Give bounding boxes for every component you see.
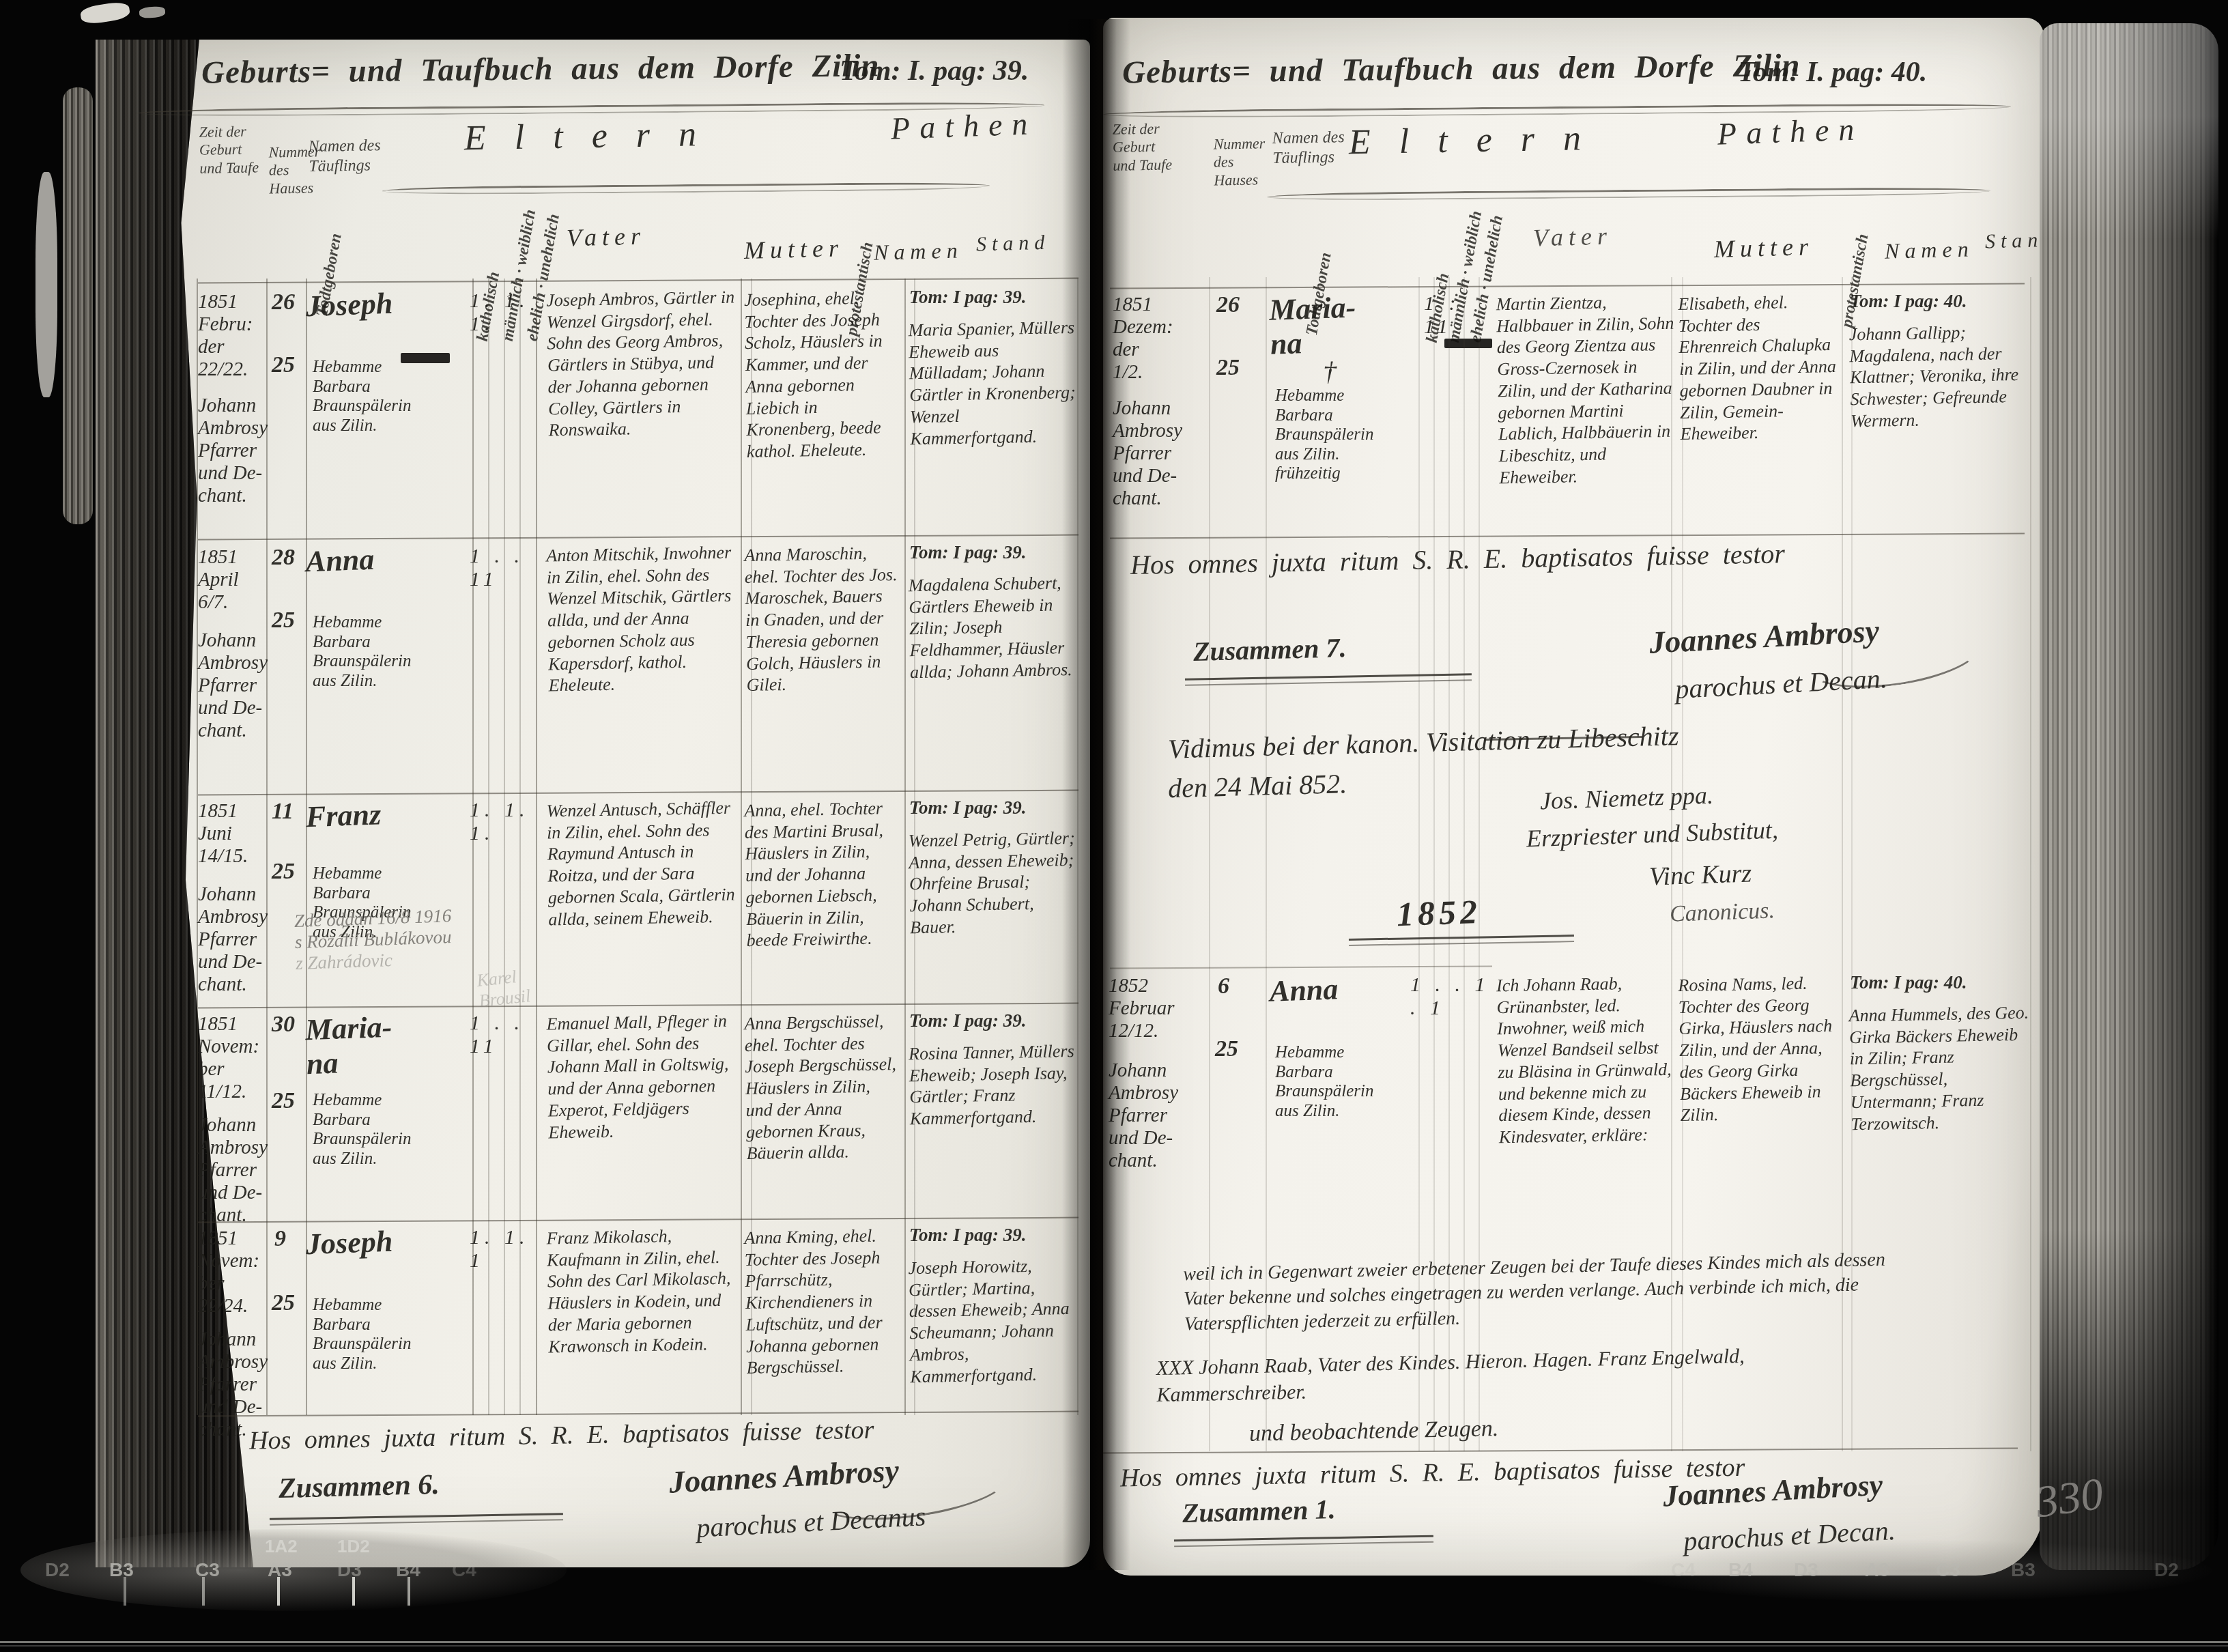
entry-house-number: 25 <box>272 608 295 633</box>
visitation-signature-1: Jos. Niemetz ppa. <box>1539 781 1713 816</box>
ruler-label: B4 <box>396 1559 420 1581</box>
column-header-vater: Vater <box>566 221 646 252</box>
entry-godparents: Joseph Horowitz, Gürtler; Martina, desse… <box>908 1255 1082 1388</box>
entry-tom-ref: Tom: I pag: 40. <box>1850 972 2034 993</box>
paper-edge-blob <box>35 172 57 397</box>
entry-godparents: Rosina Tanner, Müllers Eheweib; Joseph I… <box>909 1040 1082 1130</box>
frame-edge-line <box>0 1645 2228 1647</box>
subheader-rule <box>1267 186 1990 201</box>
ruler-label: A3 <box>268 1559 292 1581</box>
entry-house-number: 25 <box>272 1088 295 1114</box>
page-tom-ref: Tom: I. pag: 39. <box>840 55 1079 87</box>
pencil-faint-name: Karel Brousil <box>476 965 531 1011</box>
entry-godparents: Anna Hummels, des Geo. Girka Bäckers Ehe… <box>1848 1002 2032 1135</box>
entry-child-name: Anna <box>1269 969 1420 1009</box>
header-eltern: Eltern <box>464 114 726 159</box>
entry-midwife: Hebamme Barbara Braunspälerin aus Zilin. <box>313 1296 449 1373</box>
entry-tally-marks: 1 . . 11 <box>470 1012 545 1058</box>
ruler-label: A3 <box>1865 1559 1889 1581</box>
entry-tom-ref: Tom: I pag: 39. <box>909 797 1084 818</box>
entry-priest: Johann Ambrosy Pfarrer und De- chant. <box>198 883 266 996</box>
entry-mother: Anna Kming, ehel. Tochter des Joseph Pfa… <box>744 1225 900 1379</box>
ruler-label: D2 <box>2154 1559 2179 1581</box>
entry-child-name: Joseph <box>305 1222 470 1262</box>
entry-father: Martin Zientza, Halbbauer in Zilin, Sohn… <box>1496 291 1679 489</box>
row-rule <box>1103 1447 2018 1453</box>
entry-mother: Anna Bergschüssel, ehel. Tochter des Jos… <box>744 1010 900 1165</box>
sum-underline <box>270 1513 563 1526</box>
entry-house-number: 25 <box>272 352 295 378</box>
entry-number: 26 <box>1216 292 1240 318</box>
entry-tom-ref: Tom: I pag: 39. <box>909 1225 1084 1246</box>
page-title: Geburts= und Taufbuch aus dem Dorfe Zili… <box>201 46 939 91</box>
column-header-vater: Vater <box>1532 221 1612 252</box>
ruler-tick <box>202 1577 205 1606</box>
ruler-label: D3 <box>337 1559 362 1581</box>
column-header-zeit: Zeit der Geburt und Taufe <box>199 122 264 177</box>
register-entry-row: 1851 Dezem: der 1/2. Johann Ambrosy Pfar… <box>1103 291 2044 534</box>
entry-father-declaration: Ich Johann Raab, Grünanbster, led. Inwoh… <box>1496 972 1678 1148</box>
visitation-signature-4: Canonicus. <box>1669 898 1775 927</box>
header-pathen: Pathen <box>1717 111 1864 152</box>
sum-underline-1852 <box>1174 1535 1433 1548</box>
column-header-pathen-namen: Namen <box>1885 236 1975 264</box>
register-entry-row: 1851 Febru: der 22/22. Johann Ambrosy Pf… <box>96 287 1090 537</box>
entry-tally-marks: 1. 1. 1 <box>470 1226 545 1272</box>
ruler-label: D3 <box>1794 1559 1818 1581</box>
entry-child-name: Joseph <box>305 284 470 324</box>
row-rule <box>198 1217 1079 1223</box>
sum-line-1852: Zusammen 1. <box>1182 1493 1336 1529</box>
year-heading-1852: 1852 <box>1396 892 1482 934</box>
subheader-rule <box>382 182 990 195</box>
declaration-paragraph-2: XXX Johann Raab, Vater des Kindes. Hiero… <box>1156 1340 1880 1408</box>
ruler-label: C4 <box>1671 1559 1696 1581</box>
column-header-pathen-stand: Stand <box>976 231 1051 257</box>
ruler-label: C4 <box>452 1559 476 1581</box>
entry-child-name: Maria- na <box>1268 288 1420 362</box>
entry-date: 1851 Juni 14/15. <box>198 800 266 868</box>
sum-line: Zusammen 6. <box>278 1468 440 1505</box>
latin-attestation-1851: Hos omnes juxta ritum S. R. E. baptisato… <box>1130 535 1916 581</box>
row-rule <box>1110 283 2025 289</box>
register-entry-row: 1851 Novem: ber 22/24. Johann Ambrosy Pf… <box>96 1225 1090 1416</box>
entry-house-number: 25 <box>1216 355 1240 381</box>
entry-death-cross: † <box>1323 355 1337 387</box>
pencil-marriage-note: Zde oddán 16/8 1916 s Rozálií Bublákovou… <box>294 905 453 974</box>
entry-godparents: Maria Spanier, Müllers Eheweib aus Mülla… <box>908 317 1082 450</box>
register-entry-row: 1851 Novem: ber 11/12. Johann Ambrosy Pf… <box>96 1010 1090 1215</box>
entry-mother: Anna, ehel. Tochter des Martini Brusal, … <box>744 797 900 952</box>
entry-tally-marks: 1. 1. 1. <box>470 799 545 845</box>
frame-edge-line <box>0 1641 2228 1643</box>
sum-underline-1851 <box>1185 673 1472 685</box>
entry-number: 11 <box>272 799 294 825</box>
ruler-glow-right <box>1625 1540 2212 1601</box>
entry-child-name: Maria- na <box>304 1008 470 1082</box>
row-rule <box>1110 966 1492 969</box>
entry-tally-marks: 1. 1. 1. <box>470 289 545 336</box>
register-entry-row: 1852 Februar 12/12. Johann Ambrosy Pfarr… <box>1103 972 2044 1259</box>
entry-house-number: 25 <box>272 1290 295 1316</box>
entry-child-name: Franz <box>305 795 470 835</box>
witness-line: und beobachtende Zeugen. <box>1249 1410 1687 1449</box>
entry-tally-marks: 1 . . 11 <box>470 545 545 591</box>
entry-tom-ref: Tom: I pag: 39. <box>909 287 1084 308</box>
entry-number: 9 <box>274 1226 286 1252</box>
page-tom-ref: Tom: I. pag: 40. <box>1738 56 1970 89</box>
ruler-label: 1A2 <box>265 1536 298 1557</box>
entry-mother: Josephina, ehel. Tochter des Joseph Scho… <box>744 287 900 463</box>
row-rule <box>198 1003 1079 1009</box>
page-stack-fore-edge <box>2040 23 2218 1570</box>
entry-midwife: Hebamme Barbara Braunspälerin aus Zilin. <box>313 358 449 436</box>
entry-number: 6 <box>1218 973 1229 999</box>
entry-father: Franz Mikolasch, Kaufmann in Zilin, ehel… <box>546 1225 737 1358</box>
year-heading-underline <box>1349 935 1574 946</box>
entry-father: Joseph Ambros, Gärtler in Wenzel Girgsdo… <box>546 287 737 442</box>
entry-priest: Johann Ambrosy Pfarrer und De- chant. <box>198 1114 266 1227</box>
register-page-right: Geburts= und Taufbuch aus dem Dorfe Zili… <box>1103 18 2044 1576</box>
entry-priest: Johann Ambrosy Pfarrer und De- chant. <box>198 395 266 507</box>
entry-priest: Johann Ambrosy Pfarrer und De- chant. <box>198 1328 266 1441</box>
entry-father: Emanuel Mall, Pfleger in Gillar, ehel. S… <box>546 1010 737 1143</box>
column-header-mutter: Mutter <box>743 233 844 265</box>
entry-godparents: Magdalena Schubert, Gärtlers Eheweib in … <box>909 572 1083 683</box>
column-header-mutter: Mutter <box>1713 232 1814 264</box>
register-entry-row: 1851 April 6/7. Johann Ambrosy Pfarrer u… <box>96 542 1090 788</box>
entry-number: 28 <box>272 545 295 571</box>
entry-date: 1851 Novem: ber 11/12. <box>198 1013 266 1103</box>
entry-mother: Rosina Nams, led. Tochter des Georg Girk… <box>1678 972 1838 1126</box>
entry-priest: Johann Ambrosy Pfarrer und De- chant. <box>198 629 266 742</box>
entry-midwife: Hebamme Barbara Braunspälerin aus Zilin.… <box>1275 386 1405 484</box>
ruler-label: B3 <box>109 1559 134 1581</box>
sum-line-1851: Zusammen 7. <box>1192 631 1347 668</box>
ruler-label: C3 <box>195 1559 220 1581</box>
entry-godparents: Wenzel Petrig, Gürtler; Anna, dessen Ehe… <box>909 827 1083 939</box>
ruler-tick <box>352 1577 355 1606</box>
register-page-left: Geburts= und Taufbuch aus dem Dorfe Zili… <box>96 40 1090 1567</box>
visitation-signature-2: Erzpriester und Substitut, <box>1526 816 1778 853</box>
ruler-tick <box>408 1577 410 1606</box>
header-pathen: Pathen <box>890 105 1038 146</box>
ruler-tick <box>124 1577 126 1606</box>
archival-scan: Geburts= und Taufbuch aus dem Dorfe Zili… <box>0 0 2228 1652</box>
entry-house-number: 25 <box>1215 1036 1238 1062</box>
entry-number: 30 <box>272 1012 295 1038</box>
latin-attestation: Hos omnes juxta ritum S. R. E. baptisato… <box>249 1414 932 1455</box>
column-header-hausnummer: Nummer des Hauses <box>1213 134 1260 189</box>
ruler-label: B4 <box>1728 1559 1753 1581</box>
page-title: Geburts= und Taufbuch aus dem Dorfe Zili… <box>1122 47 1833 91</box>
entry-tom-ref: Tom: I pag: 39. <box>909 542 1084 563</box>
entry-godparents: Johann Gallipp; Magdalena, nach der Klat… <box>1849 321 2033 432</box>
entry-date: 1851 April 6/7. <box>198 546 266 614</box>
entry-date: 1851 Febru: der 22/22. <box>198 291 266 381</box>
page-stack-edge-left <box>63 87 93 524</box>
entry-midwife: Hebamme Barbara Braunspälerin aus Zilin. <box>313 613 449 691</box>
entry-tally-marks: 1 . . 1 . 1 <box>1410 973 1499 1020</box>
entry-mother: Anna Maroschin, ehel. Tochter des Jos. M… <box>744 542 900 696</box>
entry-tom-ref: Tom: I pag: 39. <box>909 1010 1084 1031</box>
column-header-pathen-namen: Namen <box>874 238 964 265</box>
register-entry-row: 1851 Juni 14/15. Johann Ambrosy Pfarrer … <box>96 797 1090 1002</box>
entry-house-number: 25 <box>272 859 295 885</box>
paper-edge-speck <box>80 1 131 25</box>
entry-mother: Elisabeth, ehel. Tochter des Ehrenreich … <box>1678 291 1838 445</box>
entry-midwife: Hebamme Barbara Braunspälerin aus Zilin. <box>313 1091 449 1169</box>
entry-child-name: Anna <box>305 539 470 580</box>
book-spine-shadow <box>1062 19 1130 1570</box>
paper-edge-speck <box>139 6 165 19</box>
ruler-label: D2 <box>45 1559 70 1581</box>
entry-tom-ref: Tom: I pag: 40. <box>1850 291 2034 312</box>
entry-number: 26 <box>272 289 295 315</box>
column-header-todtgeboren-rotated: Todtgeboren <box>313 100 369 318</box>
ruler-label: B3 <box>2011 1559 2036 1581</box>
entry-father: Wenzel Antusch, Schäffler in Zilin, ehel… <box>546 797 737 930</box>
entry-tally-marks: 1 : 11 <box>1424 292 1492 339</box>
ruler-label: 1D2 <box>337 1536 370 1557</box>
declaration-paragraph-1: weil ich in Gegenwart zweier erbetener Z… <box>1183 1247 1922 1337</box>
entry-date: 1851 Novem: ber 22/24. <box>198 1227 266 1318</box>
row-rule <box>198 790 1079 796</box>
ruler-tick <box>277 1577 280 1606</box>
visitation-signature-3: Vinc Kurz <box>1648 858 1752 892</box>
entry-midwife: Hebamme Barbara Braunspälerin aus Zilin. <box>1275 1043 1405 1121</box>
entry-father: Anton Mitschik, Inwohner in Zilin, ehel.… <box>546 542 737 697</box>
ruler-label: C3 <box>1936 1559 1960 1581</box>
